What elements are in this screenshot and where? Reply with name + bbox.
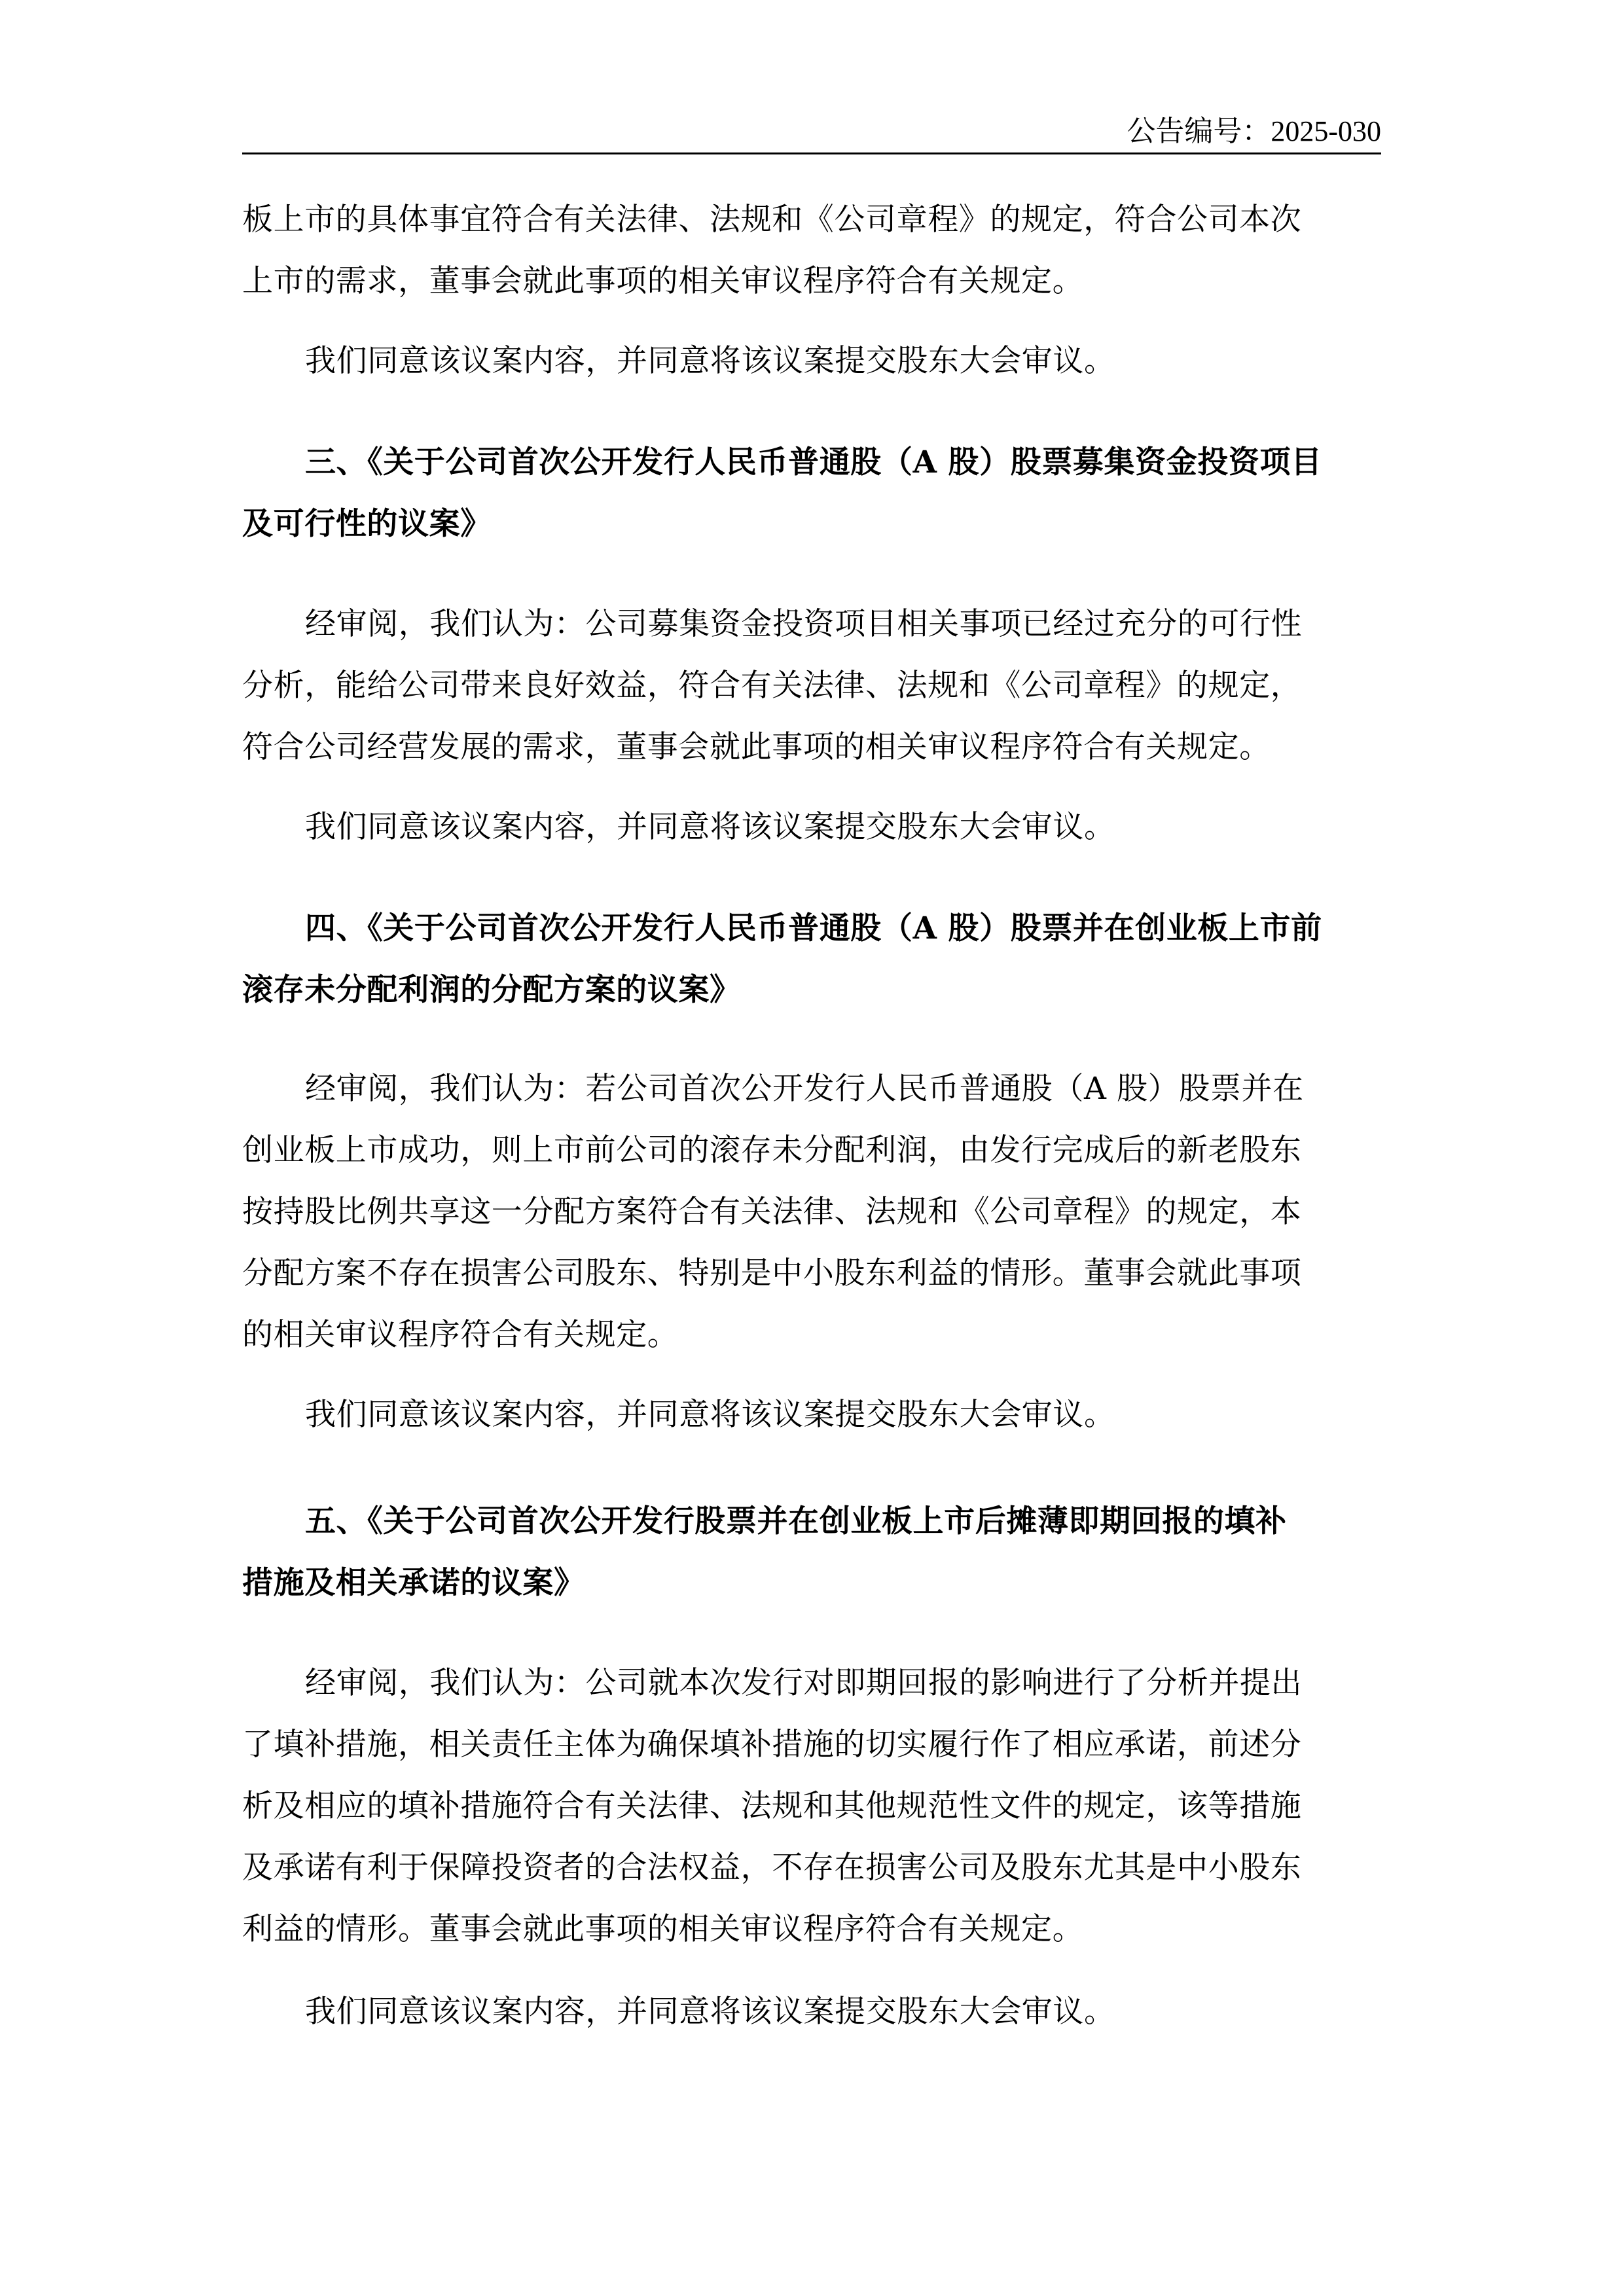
text-line: 分析，能给公司带来良好效益，符合有关法律、法规和《公司章程》的规定， <box>242 655 1381 717</box>
section-heading-4: 四、《关于公司首次公开发行人民币普通股（A 股）股票并在创业板上市前 滚存未分配… <box>242 898 1381 1021</box>
text-line: 板上市的具体事宜符合有关法律、法规和《公司章程》的规定，符合公司本次 <box>242 189 1381 251</box>
text-line: 我们同意该议案内容，并同意将该议案提交股东大会审议。 <box>242 797 1381 858</box>
text-line: 我们同意该议案内容，并同意将该议案提交股东大会审议。 <box>242 1384 1381 1446</box>
paragraph-agreement: 我们同意该议案内容，并同意将该议案提交股东大会审议。 <box>242 797 1381 858</box>
text-line: 分配方案不存在损害公司股东、特别是中小股东利益的情形。董事会就此事项 <box>242 1243 1381 1304</box>
text-line: 的相关审议程序符合有关规定。 <box>242 1304 1381 1366</box>
text-line: 我们同意该议案内容，并同意将该议案提交股东大会审议。 <box>242 1981 1381 2043</box>
text-line: 我们同意该议案内容，并同意将该议案提交股东大会审议。 <box>242 331 1381 392</box>
heading-line: 三、《关于公司首次公开发行人民币普通股（A 股）股票募集资金投资项目 <box>242 432 1381 493</box>
text-line: 及承诺有利于保障投资者的合法权益，不存在损害公司及股东尤其是中小股东 <box>242 1837 1381 1899</box>
text-line: 经审阅，我们认为：公司就本次发行对即期回报的影响进行了分析并提出 <box>242 1653 1381 1714</box>
heading-line: 四、《关于公司首次公开发行人民币普通股（A 股）股票并在创业板上市前 <box>242 898 1381 960</box>
text-line: 符合公司经营发展的需求，董事会就此事项的相关审议程序符合有关规定。 <box>242 717 1381 778</box>
paragraph-agreement: 我们同意该议案内容，并同意将该议案提交股东大会审议。 <box>242 1384 1381 1446</box>
announcement-number: 公告编号：2025-030 <box>242 111 1381 152</box>
section-heading-3: 三、《关于公司首次公开发行人民币普通股（A 股）股票募集资金投资项目 及可行性的… <box>242 432 1381 555</box>
paragraph-continuation: 板上市的具体事宜符合有关法律、法规和《公司章程》的规定，符合公司本次 上市的需求… <box>242 189 1381 312</box>
text-line: 了填补措施，相关责任主体为确保填补措施的切实履行作了相应承诺，前述分 <box>242 1714 1381 1776</box>
document-page: 公告编号：2025-030 板上市的具体事宜符合有关法律、法规和《公司章程》的规… <box>0 0 1624 2296</box>
text-line: 创业板上市成功，则上市前公司的滚存未分配利润，由发行完成后的新老股东 <box>242 1120 1381 1181</box>
header-rule <box>242 152 1381 154</box>
text-line: 析及相应的填补措施符合有关法律、法规和其他规范性文件的规定，该等措施 <box>242 1776 1381 1837</box>
paragraph-review: 经审阅，我们认为：公司募集资金投资项目相关事项已经过充分的可行性 分析，能给公司… <box>242 594 1381 778</box>
text-line: 利益的情形。董事会就此事项的相关审议程序符合有关规定。 <box>242 1899 1381 1960</box>
heading-line: 五、《关于公司首次公开发行股票并在创业板上市后摊薄即期回报的填补 <box>242 1491 1381 1552</box>
paragraph-agreement: 我们同意该议案内容，并同意将该议案提交股东大会审议。 <box>242 331 1381 392</box>
text-line: 经审阅，我们认为：公司募集资金投资项目相关事项已经过充分的可行性 <box>242 594 1381 655</box>
heading-line: 及可行性的议案》 <box>242 493 1381 555</box>
text-line: 上市的需求，董事会就此事项的相关审议程序符合有关规定。 <box>242 251 1381 312</box>
heading-line: 措施及相关承诺的议案》 <box>242 1552 1381 1614</box>
text-line: 按持股比例共享这一分配方案符合有关法律、法规和《公司章程》的规定，本 <box>242 1181 1381 1243</box>
text-line: 经审阅，我们认为：若公司首次公开发行人民币普通股（A 股）股票并在 <box>242 1058 1381 1120</box>
heading-line: 滚存未分配利润的分配方案的议案》 <box>242 960 1381 1021</box>
paragraph-review: 经审阅，我们认为：若公司首次公开发行人民币普通股（A 股）股票并在 创业板上市成… <box>242 1058 1381 1366</box>
section-heading-5: 五、《关于公司首次公开发行股票并在创业板上市后摊薄即期回报的填补 措施及相关承诺… <box>242 1491 1381 1614</box>
paragraph-review: 经审阅，我们认为：公司就本次发行对即期回报的影响进行了分析并提出 了填补措施，相… <box>242 1653 1381 1960</box>
paragraph-agreement: 我们同意该议案内容，并同意将该议案提交股东大会审议。 <box>242 1981 1381 2043</box>
